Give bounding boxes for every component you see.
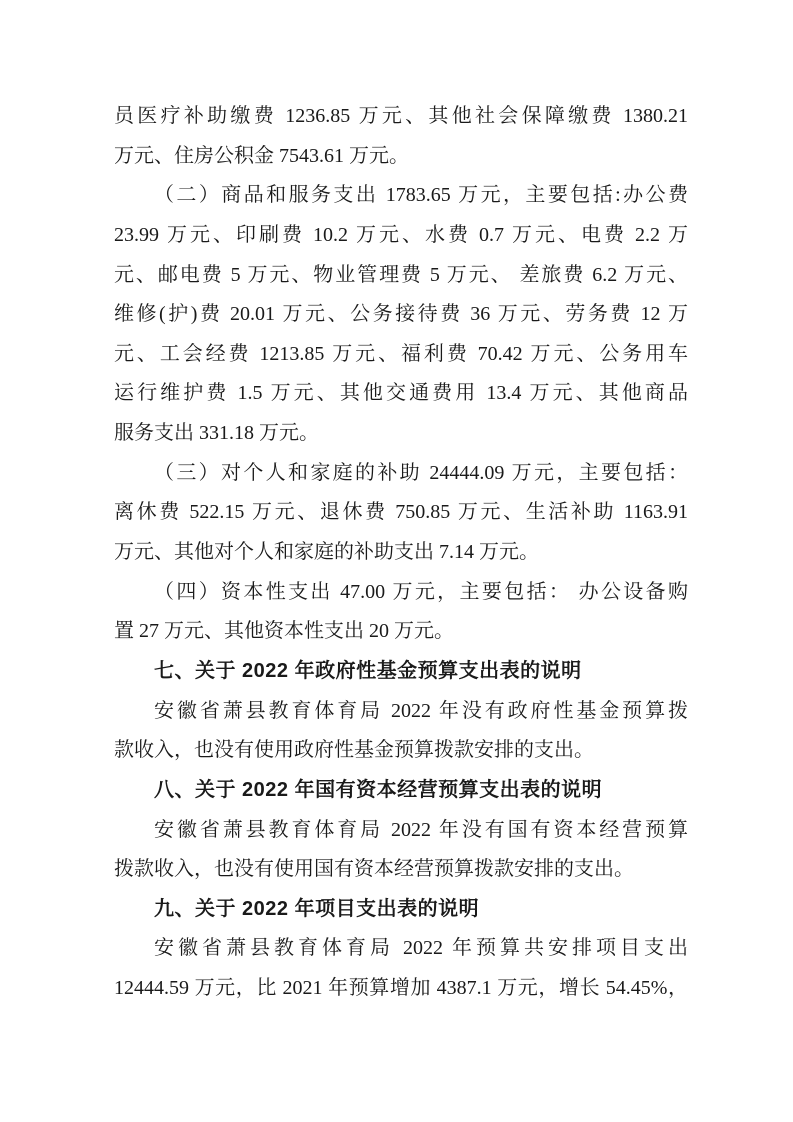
text-content: 员医疗补助缴费 1236.85 万元、其他社会保障缴费 1380.21 万元、住…: [114, 97, 688, 1009]
text-line: 元、邮电费 5 万元、物业管理费 5 万元、 差旅费 6.2 万元、: [114, 256, 688, 296]
text-line: 23.99 万元、印刷费 10.2 万元、水费 0.7 万元、电费 2.2 万: [114, 216, 688, 256]
text-line: 拨款收入，也没有使用国有资本经营预算拨款安排的支出。: [114, 850, 688, 890]
section-heading-8: 八、关于 2022 年国有资本经营预算支出表的说明: [114, 771, 688, 811]
text-line: 离休费 522.15 万元、退休费 750.85 万元、生活补助 1163.91: [114, 493, 688, 533]
text-line: 置 27 万元、其他资本性支出 20 万元。: [114, 612, 688, 652]
text-line: 款收入，也没有使用政府性基金预算拨款安排的支出。: [114, 731, 688, 771]
document-page: 员医疗补助缴费 1236.85 万元、其他社会保障缴费 1380.21 万元、住…: [0, 0, 793, 1122]
text-line: 安徽省萧县教育体育局 2022 年没有政府性基金预算拨: [114, 692, 688, 732]
text-line: 12444.59 万元，比 2021 年预算增加 4387.1 万元，增长 54…: [114, 969, 688, 1009]
text-line: 服务支出 331.18 万元。: [114, 414, 688, 454]
text-line: 运行维护费 1.5 万元、其他交通费用 13.4 万元、其他商品: [114, 374, 688, 414]
text-line: 安徽省萧县教育体育局 2022 年没有国有资本经营预算: [114, 811, 688, 851]
section-heading-9: 九、关于 2022 年项目支出表的说明: [114, 890, 688, 930]
text-line: 员医疗补助缴费 1236.85 万元、其他社会保障缴费 1380.21: [114, 97, 688, 137]
text-line: 万元、住房公积金 7543.61 万元。: [114, 137, 688, 177]
text-line: 万元、其他对个人和家庭的补助支出 7.14 万元。: [114, 533, 688, 573]
text-line: （三）对个人和家庭的补助 24444.09 万元，主要包括：: [114, 454, 688, 494]
text-line: （四）资本性支出 47.00 万元，主要包括： 办公设备购: [114, 573, 688, 613]
section-heading-7: 七、关于 2022 年政府性基金预算支出表的说明: [114, 652, 688, 692]
text-line: 维修(护)费 20.01 万元、公务接待费 36 万元、劳务费 12 万: [114, 295, 688, 335]
text-line: （二）商品和服务支出 1783.65 万元，主要包括:办公费: [114, 176, 688, 216]
text-line: 安徽省萧县教育体育局 2022 年预算共安排项目支出: [114, 929, 688, 969]
text-line: 元、工会经费 1213.85 万元、福利费 70.42 万元、公务用车: [114, 335, 688, 375]
